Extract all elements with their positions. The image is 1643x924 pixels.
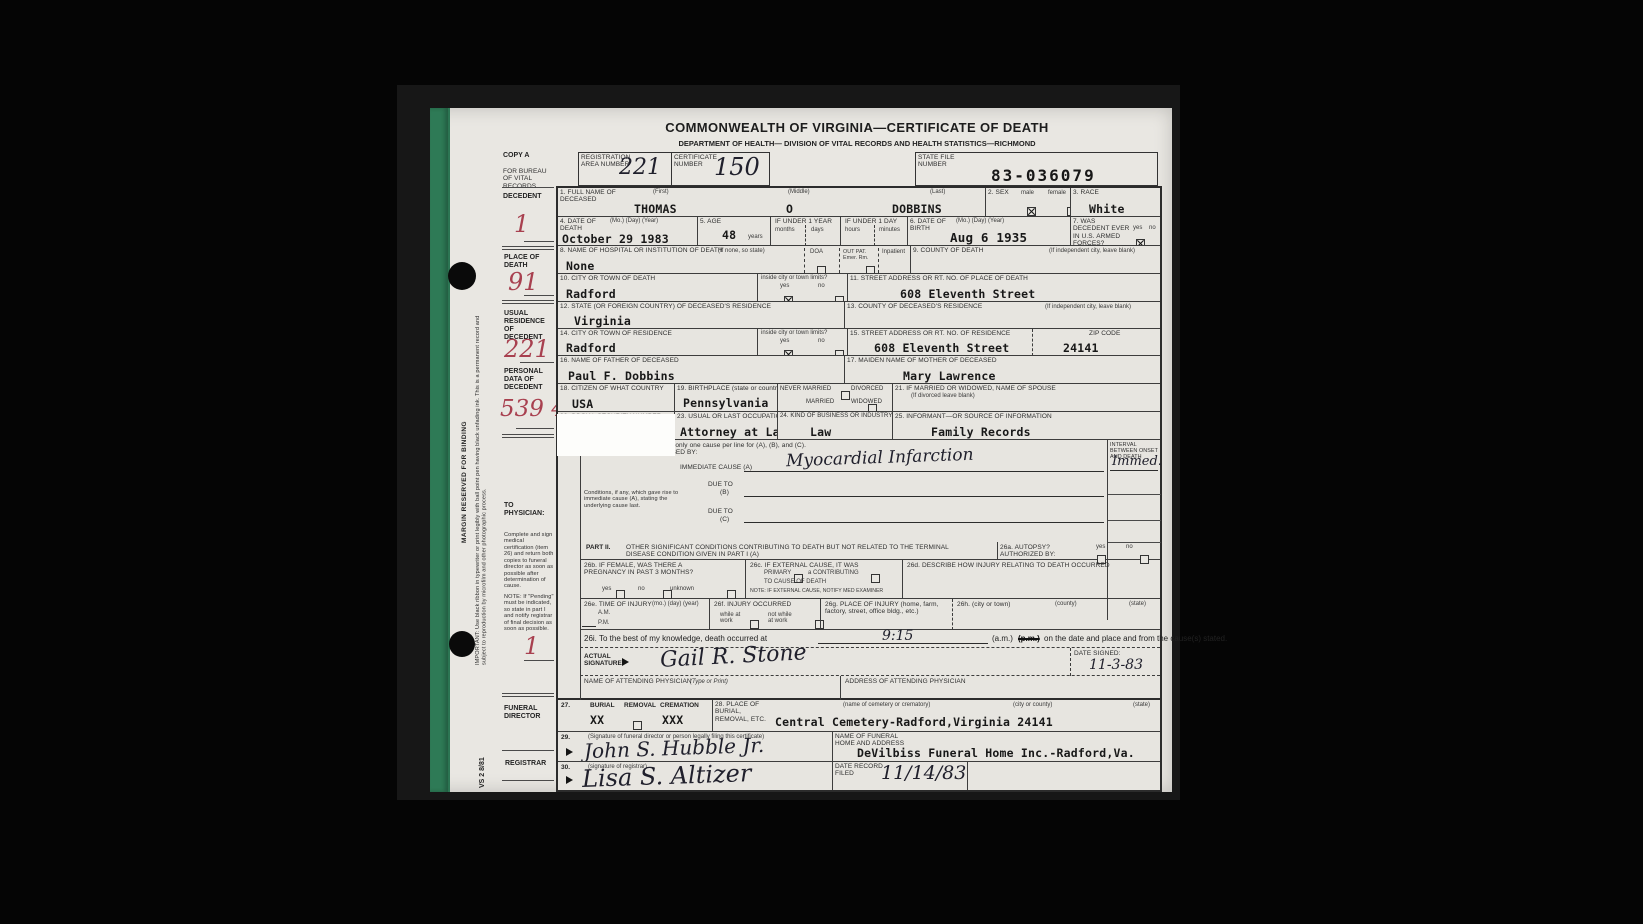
age-value: 48: [722, 228, 736, 242]
birthplace-value: Pennsylvania: [683, 396, 768, 410]
death-limits-no-hint: no: [818, 283, 825, 289]
immediate-cause-value: Myocardial Infarction: [786, 445, 974, 472]
field-pregnancy: 26b. IF FEMALE, WAS THERE A PREGNANCY IN…: [580, 560, 745, 599]
field-marital-status: NEVER MARRIED DIVORCED MARRIED WIDOWED: [777, 384, 892, 412]
field-under-1-year: IF UNDER 1 YEAR months days: [770, 217, 840, 246]
field-age: 5. AGE 48 years: [697, 217, 770, 246]
minutes-hint: minutes: [879, 227, 900, 233]
due-to-c-label: DUE TO: [708, 508, 733, 515]
am-hint: A.M.: [598, 610, 610, 616]
city-of-death-value: Radford: [566, 287, 616, 301]
burial-label: BURIAL: [590, 702, 615, 709]
field-spouse-name: 21. IF MARRIED OR WIDOWED, NAME OF SPOUS…: [892, 384, 1160, 412]
to-cause-hint: TO CAUSE OF DEATH: [764, 579, 826, 585]
residence-limits-yes-hint: yes: [780, 338, 789, 344]
c-label: (C): [720, 516, 729, 523]
field-place-of-injury: 26g. PLACE OF INJURY (home, farm, factor…: [820, 599, 952, 630]
injury-occurred-label: 26f. INJURY OCCURRED: [714, 601, 791, 608]
field-sex: 2. SEX male female: [985, 188, 1070, 217]
injury-state-hint: (state): [1129, 601, 1146, 607]
occupation-label: 23. USUAL OR LAST OCCUPATION: [677, 413, 775, 420]
removal-checkbox: [633, 721, 642, 730]
field-injury-location: 26h. (city or town) (county) (state): [952, 599, 1160, 630]
contributing-checkbox: [871, 574, 880, 583]
pregnancy-yes-checkbox: [616, 590, 625, 599]
doa-checkbox: [817, 266, 826, 274]
field-zip: ZIP CODE 24141: [1032, 329, 1160, 356]
armed-forces-yes-checkbox: [1136, 239, 1145, 246]
part2-label: PART II.: [586, 544, 610, 551]
field-how-injury: 26d. DESCRIBE HOW INJURY RELATING TO DEA…: [902, 560, 1160, 599]
registrar-number: 30.: [561, 764, 570, 771]
zip-label: ZIP CODE: [1089, 330, 1120, 337]
field-date-of-birth: 6. DATE OF BIRTH (Mo.) (Day) (Year) Aug …: [907, 217, 1070, 246]
field-funeral-director-signature: 29. (Signature of funeral director or pe…: [558, 732, 832, 762]
field-birthplace: 19. BIRTHPLACE (state or country) Pennsy…: [674, 384, 777, 412]
medical-certification-block: INTERVAL BETWEEN ONSET AND DEATH Immed. …: [558, 440, 1160, 700]
field-full-name: 1. FULL NAME OF DECEASED (First) (Middle…: [558, 188, 985, 217]
county-of-death-label: 9. COUNTY OF DEATH: [913, 247, 984, 254]
married-label: MARRIED: [806, 399, 834, 406]
full-name-label: 1. FULL NAME OF DECEASED: [560, 189, 630, 204]
signature-arrow-icon: [622, 658, 629, 666]
injury-row-1: 26b. IF FEMALE, WAS THERE A PREGNANCY IN…: [580, 560, 1160, 599]
field-occupation: 23. USUAL OR LAST OCCUPATION Attorney at…: [674, 412, 777, 440]
mother-name-label: 17. MAIDEN NAME OF MOTHER OF DECEASED: [847, 357, 997, 364]
attending-address-cell: ADDRESS OF ATTENDING PHYSICIAN: [840, 676, 1160, 700]
city-of-death-label: 10. CITY OR TOWN OF DEATH: [560, 275, 655, 282]
field-residence-address: 15. STREET ADDRESS OR RT. NO. OF RESIDEN…: [847, 329, 1032, 356]
doa-hint: DOA: [810, 249, 823, 255]
b-label: (B): [720, 489, 729, 496]
date-of-death-label: 4. DATE OF DEATH: [560, 218, 610, 233]
armed-forces-no-hint: no: [1149, 225, 1156, 231]
death-time-am: (a.m.): [992, 634, 1013, 643]
death-time-statement: 26i. To the best of my knowledge, death …: [584, 634, 767, 643]
place-of-burial-label: 28. PLACE OF BURIAL, REMOVAL, ETC.: [715, 701, 775, 723]
divorced-label: DIVORCED: [851, 386, 883, 393]
field-citizenship: 18. CITIZEN OF WHAT COUNTRY USA: [558, 384, 674, 412]
field-county-of-death: 9. COUNTY OF DEATH (If independent city,…: [910, 246, 1160, 274]
field-death-city-limits: inside city or town limits? yes no: [757, 274, 847, 302]
informant-value: Family Records: [931, 425, 1031, 439]
actual-signature-label: ACTUAL SIGNATURE: [584, 653, 624, 668]
part2-text: OTHER SIGNIFICANT CONDITIONS CONTRIBUTIN…: [626, 544, 956, 559]
injury-county-hint: (county): [1055, 601, 1077, 607]
attending-type-hint: (Type or Print): [690, 679, 728, 685]
date-signed-value: 11-3-83: [1089, 657, 1143, 673]
scanned-death-certificate: MARGIN RESERVED FOR BINDING IMPORTANT: U…: [0, 0, 1643, 924]
state-file-value: 83-036079: [991, 166, 1096, 185]
due-to-b-label: DUE TO: [708, 481, 733, 488]
pregnancy-yes-hint: yes: [602, 586, 611, 592]
date-signed-cell: DATE SIGNED: 11-3-83: [1070, 648, 1160, 676]
funeral-signature-number: 29.: [561, 734, 570, 741]
registrar-arrow-icon: [566, 776, 573, 784]
age-unit: years: [748, 234, 763, 240]
pregnancy-unknown-checkbox: [727, 590, 736, 599]
field-registrar-signature: 30. (signature of registrar) Lisa S. Alt…: [558, 762, 832, 790]
margin-registrar-label: REGISTRAR: [505, 760, 553, 768]
hospital-label: 8. NAME OF HOSPITAL OR INSTITUTION OF DE…: [560, 247, 723, 254]
registrar-signature: Lisa S. Altizer: [582, 762, 752, 790]
margin-pending-note: NOTE: If "Pending" must be indicated, so…: [504, 594, 554, 633]
residence-limits-no-hint: no: [818, 338, 825, 344]
field-mother-name: 17. MAIDEN NAME OF MOTHER OF DECEASED Ma…: [844, 356, 1160, 384]
pregnancy-label: 26b. IF FEMALE, WAS THERE A PREGNANCY IN…: [584, 562, 714, 577]
residence-city-label: 14. CITY OR TOWN OF RESIDENCE: [560, 330, 672, 337]
autopsy-label: 26a. AUTOPSY? AUTHORIZED BY:: [1000, 544, 1070, 559]
sex-male-checkbox: [1027, 207, 1036, 216]
outpatient-checkbox: [866, 266, 875, 274]
copy-label: COPY A: [503, 152, 529, 160]
date-of-birth-hint: (Mo.) (Day) (Year): [956, 218, 1004, 224]
spouse-name-hint: (If divorced leave blank): [911, 393, 975, 399]
pregnancy-no-hint: no: [638, 586, 645, 592]
certificate-form: 1. FULL NAME OF DECEASED (First) (Middle…: [556, 186, 1162, 792]
field-residence-city: 14. CITY OR TOWN OF RESIDENCE Radford: [558, 329, 757, 356]
how-injury-label: 26d. DESCRIBE HOW INJURY RELATING TO DEA…: [907, 562, 1157, 569]
margin-place-code: 91: [508, 268, 539, 296]
field-race: 3. RACE White: [1070, 188, 1160, 217]
residence-county-hint: (If independent city, leave blank): [1045, 304, 1131, 310]
margin-to-physician-label: TO PHYSICIAN:: [504, 502, 548, 518]
funeral-home-value: DeVilbiss Funeral Home Inc.-Radford,Va.: [857, 746, 1135, 760]
industry-label: 24. KIND OF BUSINESS OR INDUSTRY: [780, 413, 892, 420]
place-of-injury-label: 26g. PLACE OF INJURY (home, farm, factor…: [825, 601, 949, 616]
physician-signature-row: ACTUAL SIGNATURE Gail R. Stone DATE SIGN…: [580, 648, 1160, 676]
months-hint: months: [775, 227, 795, 233]
registration-area-box: REGISTRATION AREA NUMBER 221: [578, 152, 672, 186]
state-file-label: STATE FILE NUMBER: [918, 154, 973, 169]
burial-mark: XX: [590, 713, 604, 727]
certificate-paper: MARGIN RESERVED FOR BINDING IMPORTANT: U…: [430, 108, 1172, 792]
field-funeral-home: NAME OF FUNERAL HOME AND ADDRESS DeVilbi…: [832, 732, 1160, 762]
time-of-injury-label: 26e. TIME OF INJURY: [584, 601, 652, 608]
certificate-number-value: 150: [714, 153, 760, 181]
residence-county-label: 13. COUNTY OF DECEASED'S RESIDENCE: [847, 303, 982, 310]
time-of-injury-hint: (mo.) (day) (year): [652, 601, 699, 607]
occupation-value: Attorney at Law: [680, 425, 777, 439]
cremation-mark: XXX: [662, 713, 683, 727]
certificate-number-box: CERTIFICATE NUMBER 150: [672, 152, 770, 186]
cemetery-hint: (name of cemetery or crematory): [843, 702, 930, 708]
field-bottom-blank: [967, 762, 1160, 790]
immediate-cause-label: IMMEDIATE CAUSE (A): [680, 464, 752, 471]
middle-hint: (Middle): [788, 189, 810, 195]
interval-value: Immed.: [1112, 454, 1162, 469]
injury-city-label: 26h. (city or town): [957, 601, 1011, 608]
sex-male-hint: male: [1021, 190, 1034, 196]
field-place-of-burial: 28. PLACE OF BURIAL, REMOVAL, ETC. (name…: [712, 700, 1160, 732]
field-father-name: 16. NAME OF FATHER OF DECEASED Paul F. D…: [558, 356, 844, 384]
external-cause-note: NOTE: IF EXTERNAL CAUSE, NOTIFY MED EXAM…: [750, 588, 883, 594]
field-disposition: 27. BURIAL REMOVAL CREMATION XX XXX: [558, 700, 712, 732]
last-name-value: DOBBINS: [892, 202, 942, 216]
certificate-subtitle: DEPARTMENT OF HEALTH— DIVISION OF VITAL …: [556, 139, 1158, 148]
never-married-checkbox: [841, 391, 850, 400]
while-at-work-checkbox: [750, 620, 759, 629]
date-filed-value: 11/14/83: [881, 762, 966, 784]
part2-row: PART II. OTHER SIGNIFICANT CONDITIONS CO…: [580, 542, 1160, 560]
birthplace-label: 19. BIRTHPLACE (state or country): [677, 385, 775, 392]
date-of-birth-label: 6. DATE OF BIRTH: [910, 218, 948, 233]
autopsy-no-hint: no: [1126, 544, 1133, 550]
conditions-note: Conditions, if any, which gave rise to i…: [584, 490, 684, 509]
removal-label: REMOVAL: [624, 702, 656, 709]
attending-name-label: NAME OF ATTENDING PHYSICIAN: [584, 678, 692, 685]
margin-physician-code: 1: [524, 632, 539, 660]
green-binding-strip: [430, 108, 450, 792]
margin-physician-note: Complete and sign medical certification …: [504, 532, 554, 590]
cremation-label: CREMATION: [660, 702, 699, 709]
inpatient-hint: Inpatient: [882, 249, 905, 255]
hospital-hint: (If none, so state): [718, 248, 765, 254]
field-residence-state: 12. STATE (OR FOREIGN COUNTRY) OF DECEAS…: [558, 302, 844, 329]
field-residence-county: 13. COUNTY OF DECEASED'S RESIDENCE (If i…: [844, 302, 1160, 329]
form-code: VS 2 8/81: [479, 743, 487, 788]
hole-punch-bottom: [449, 631, 475, 657]
margin-personal-label: PERSONAL DATA OF DECEDENT: [504, 368, 552, 392]
ssn-redaction-box: [557, 414, 675, 456]
place-of-burial-value: Central Cemetery-Radford,Virginia 24141: [775, 715, 1053, 729]
margin-decedent-code: 1: [514, 210, 529, 238]
funeral-signature-arrow-icon: [566, 748, 573, 756]
citizenship-label: 18. CITIZEN OF WHAT COUNTRY: [560, 385, 655, 392]
margin-binding-note: MARGIN RESERVED FOR BINDING: [461, 393, 468, 543]
armed-forces-yes-hint: yes: [1133, 225, 1142, 231]
certificate-title: COMMONWEALTH OF VIRGINIA—CERTIFICATE OF …: [556, 120, 1158, 135]
field-hospital: 8. NAME OF HOSPITAL OR INSTITUTION OF DE…: [558, 246, 910, 274]
sex-label: 2. SEX: [988, 189, 1009, 196]
disposition-number: 27.: [561, 702, 570, 709]
never-married-label: NEVER MARRIED: [780, 386, 831, 393]
date-of-death-hint: (Mo.) (Day) (Year): [610, 218, 658, 224]
death-time-value: 9:15: [882, 628, 913, 644]
field-external-cause: 26c. IF EXTERNAL CAUSE, IT WAS PRIMARY a…: [745, 560, 902, 599]
contributing-hint: a CONTRIBUTING: [808, 570, 859, 576]
armed-forces-label: 7. WAS DECEDENT EVER IN U.S. ARMED FORCE…: [1073, 218, 1131, 246]
days-hint: days: [811, 227, 824, 233]
date-filed-label: DATE RECORD FILED: [835, 763, 885, 778]
industry-value: Law: [810, 425, 831, 439]
field-under-1-day: IF UNDER 1 DAY hours minutes: [840, 217, 907, 246]
residence-address-value: 608 Eleventh Street: [874, 341, 1009, 355]
middle-name-value: O: [786, 202, 793, 216]
first-hint: (First): [653, 189, 669, 195]
last-hint: (Last): [930, 189, 945, 195]
injury-row-2: 26e. TIME OF INJURY (mo.) (day) (year) A…: [580, 599, 1160, 630]
death-time-row: 26i. To the best of my knowledge, death …: [580, 630, 1160, 648]
under-1-year-label: IF UNDER 1 YEAR: [775, 218, 832, 225]
death-time-tail: on the date and place and from the cause…: [1044, 634, 1227, 643]
father-name-value: Paul F. Dobbins: [568, 369, 675, 383]
primary-hint: PRIMARY: [764, 570, 791, 576]
race-value: White: [1089, 202, 1125, 216]
age-label: 5. AGE: [700, 218, 721, 225]
death-limits-label: inside city or town limits?: [761, 275, 845, 281]
county-of-death-hint: (If independent city, leave blank): [1049, 248, 1135, 254]
attending-physician-row: NAME OF ATTENDING PHYSICIAN (Type or Pri…: [580, 676, 1160, 700]
state-hint: (state): [1133, 702, 1150, 708]
pm-hint: P.M.: [598, 620, 610, 626]
outpatient-hint: OUT PAT. Emer. Rm.: [843, 249, 875, 261]
citizenship-value: USA: [572, 397, 593, 411]
field-informant: 25. INFORMANT—OR SOURCE OF INFORMATION F…: [892, 412, 1160, 440]
field-city-of-death: 10. CITY OR TOWN OF DEATH Radford: [558, 274, 757, 302]
field-death-address: 11. STREET ADDRESS OR RT. NO. OF PLACE O…: [847, 274, 1160, 302]
state-file-box: STATE FILE NUMBER 83-036079: [915, 152, 1158, 186]
attending-address-label: ADDRESS OF ATTENDING PHYSICIAN: [845, 678, 966, 685]
death-time-pm-struck: (p.m.): [1018, 634, 1040, 643]
father-name-label: 16. NAME OF FATHER OF DECEASED: [560, 357, 679, 364]
field-industry: 24. KIND OF BUSINESS OR INDUSTRY Law: [777, 412, 892, 440]
race-label: 3. RACE: [1073, 189, 1099, 196]
not-while-at-work-hint: not while at work: [768, 612, 798, 624]
field-autopsy: 26a. AUTOPSY? AUTHORIZED BY: yes no: [997, 542, 1160, 560]
hospital-value: None: [566, 259, 595, 273]
funeral-director-signature: John S. Hubble Jr.: [584, 733, 765, 762]
external-cause-label: 26c. IF EXTERNAL CAUSE, IT WAS: [750, 562, 859, 569]
margin-important-note: IMPORTANT: Use black ribbon in typewrite…: [475, 300, 492, 665]
field-injury-occurred: 26f. INJURY OCCURRED while at work not w…: [709, 599, 820, 630]
margin-decedent-label: DECEDENT: [503, 193, 542, 201]
field-armed-forces: 7. WAS DECEDENT EVER IN U.S. ARMED FORCE…: [1070, 217, 1160, 246]
registration-area-value: 221: [619, 155, 661, 180]
field-time-of-injury: 26e. TIME OF INJURY (mo.) (day) (year) A…: [580, 599, 709, 630]
sex-female-hint: female: [1048, 190, 1066, 196]
death-address-label: 11. STREET ADDRESS OR RT. NO. OF PLACE O…: [850, 275, 1028, 282]
residence-city-value: Radford: [566, 341, 616, 355]
residence-address-label: 15. STREET ADDRESS OR RT. NO. OF RESIDEN…: [850, 330, 1010, 337]
field-date-of-death: 4. DATE OF DEATH (Mo.) (Day) (Year) Octo…: [558, 217, 697, 246]
hours-hint: hours: [845, 227, 860, 233]
residence-limits-label: inside city or town limits?: [761, 330, 845, 336]
spouse-name-label: 21. IF MARRIED OR WIDOWED, NAME OF SPOUS…: [895, 385, 1056, 392]
zip-value: 24141: [1063, 341, 1099, 355]
field-residence-city-limits: inside city or town limits? yes no: [757, 329, 847, 356]
pregnancy-unknown-hint: unknown: [670, 586, 694, 592]
city-county-hint: (city or county): [1013, 702, 1052, 708]
widowed-label: WIDOWED: [851, 399, 882, 406]
hole-punch-top: [448, 262, 476, 290]
residence-state-value: Virginia: [574, 314, 631, 328]
under-1-day-label: IF UNDER 1 DAY: [845, 218, 897, 225]
margin-residence-code: 221: [504, 335, 550, 363]
first-name-value: THOMAS: [634, 202, 677, 216]
death-address-value: 608 Eleventh Street: [900, 287, 1035, 301]
field-date-filed: DATE RECORD FILED 11/14/83: [832, 762, 967, 790]
date-of-birth-value: Aug 6 1935: [950, 230, 1027, 245]
death-limits-yes-hint: yes: [780, 283, 789, 289]
autopsy-yes-hint: yes: [1096, 544, 1105, 550]
mother-name-value: Mary Lawrence: [903, 369, 996, 383]
while-at-work-hint: while at work: [720, 612, 746, 624]
margin-funeral-label: FUNERAL DIRECTOR: [504, 705, 548, 721]
date-of-death-value: October 29 1983: [562, 232, 669, 246]
informant-label: 25. INFORMANT—OR SOURCE OF INFORMATION: [895, 413, 1052, 420]
residence-state-label: 12. STATE (OR FOREIGN COUNTRY) OF DECEAS…: [560, 303, 771, 310]
